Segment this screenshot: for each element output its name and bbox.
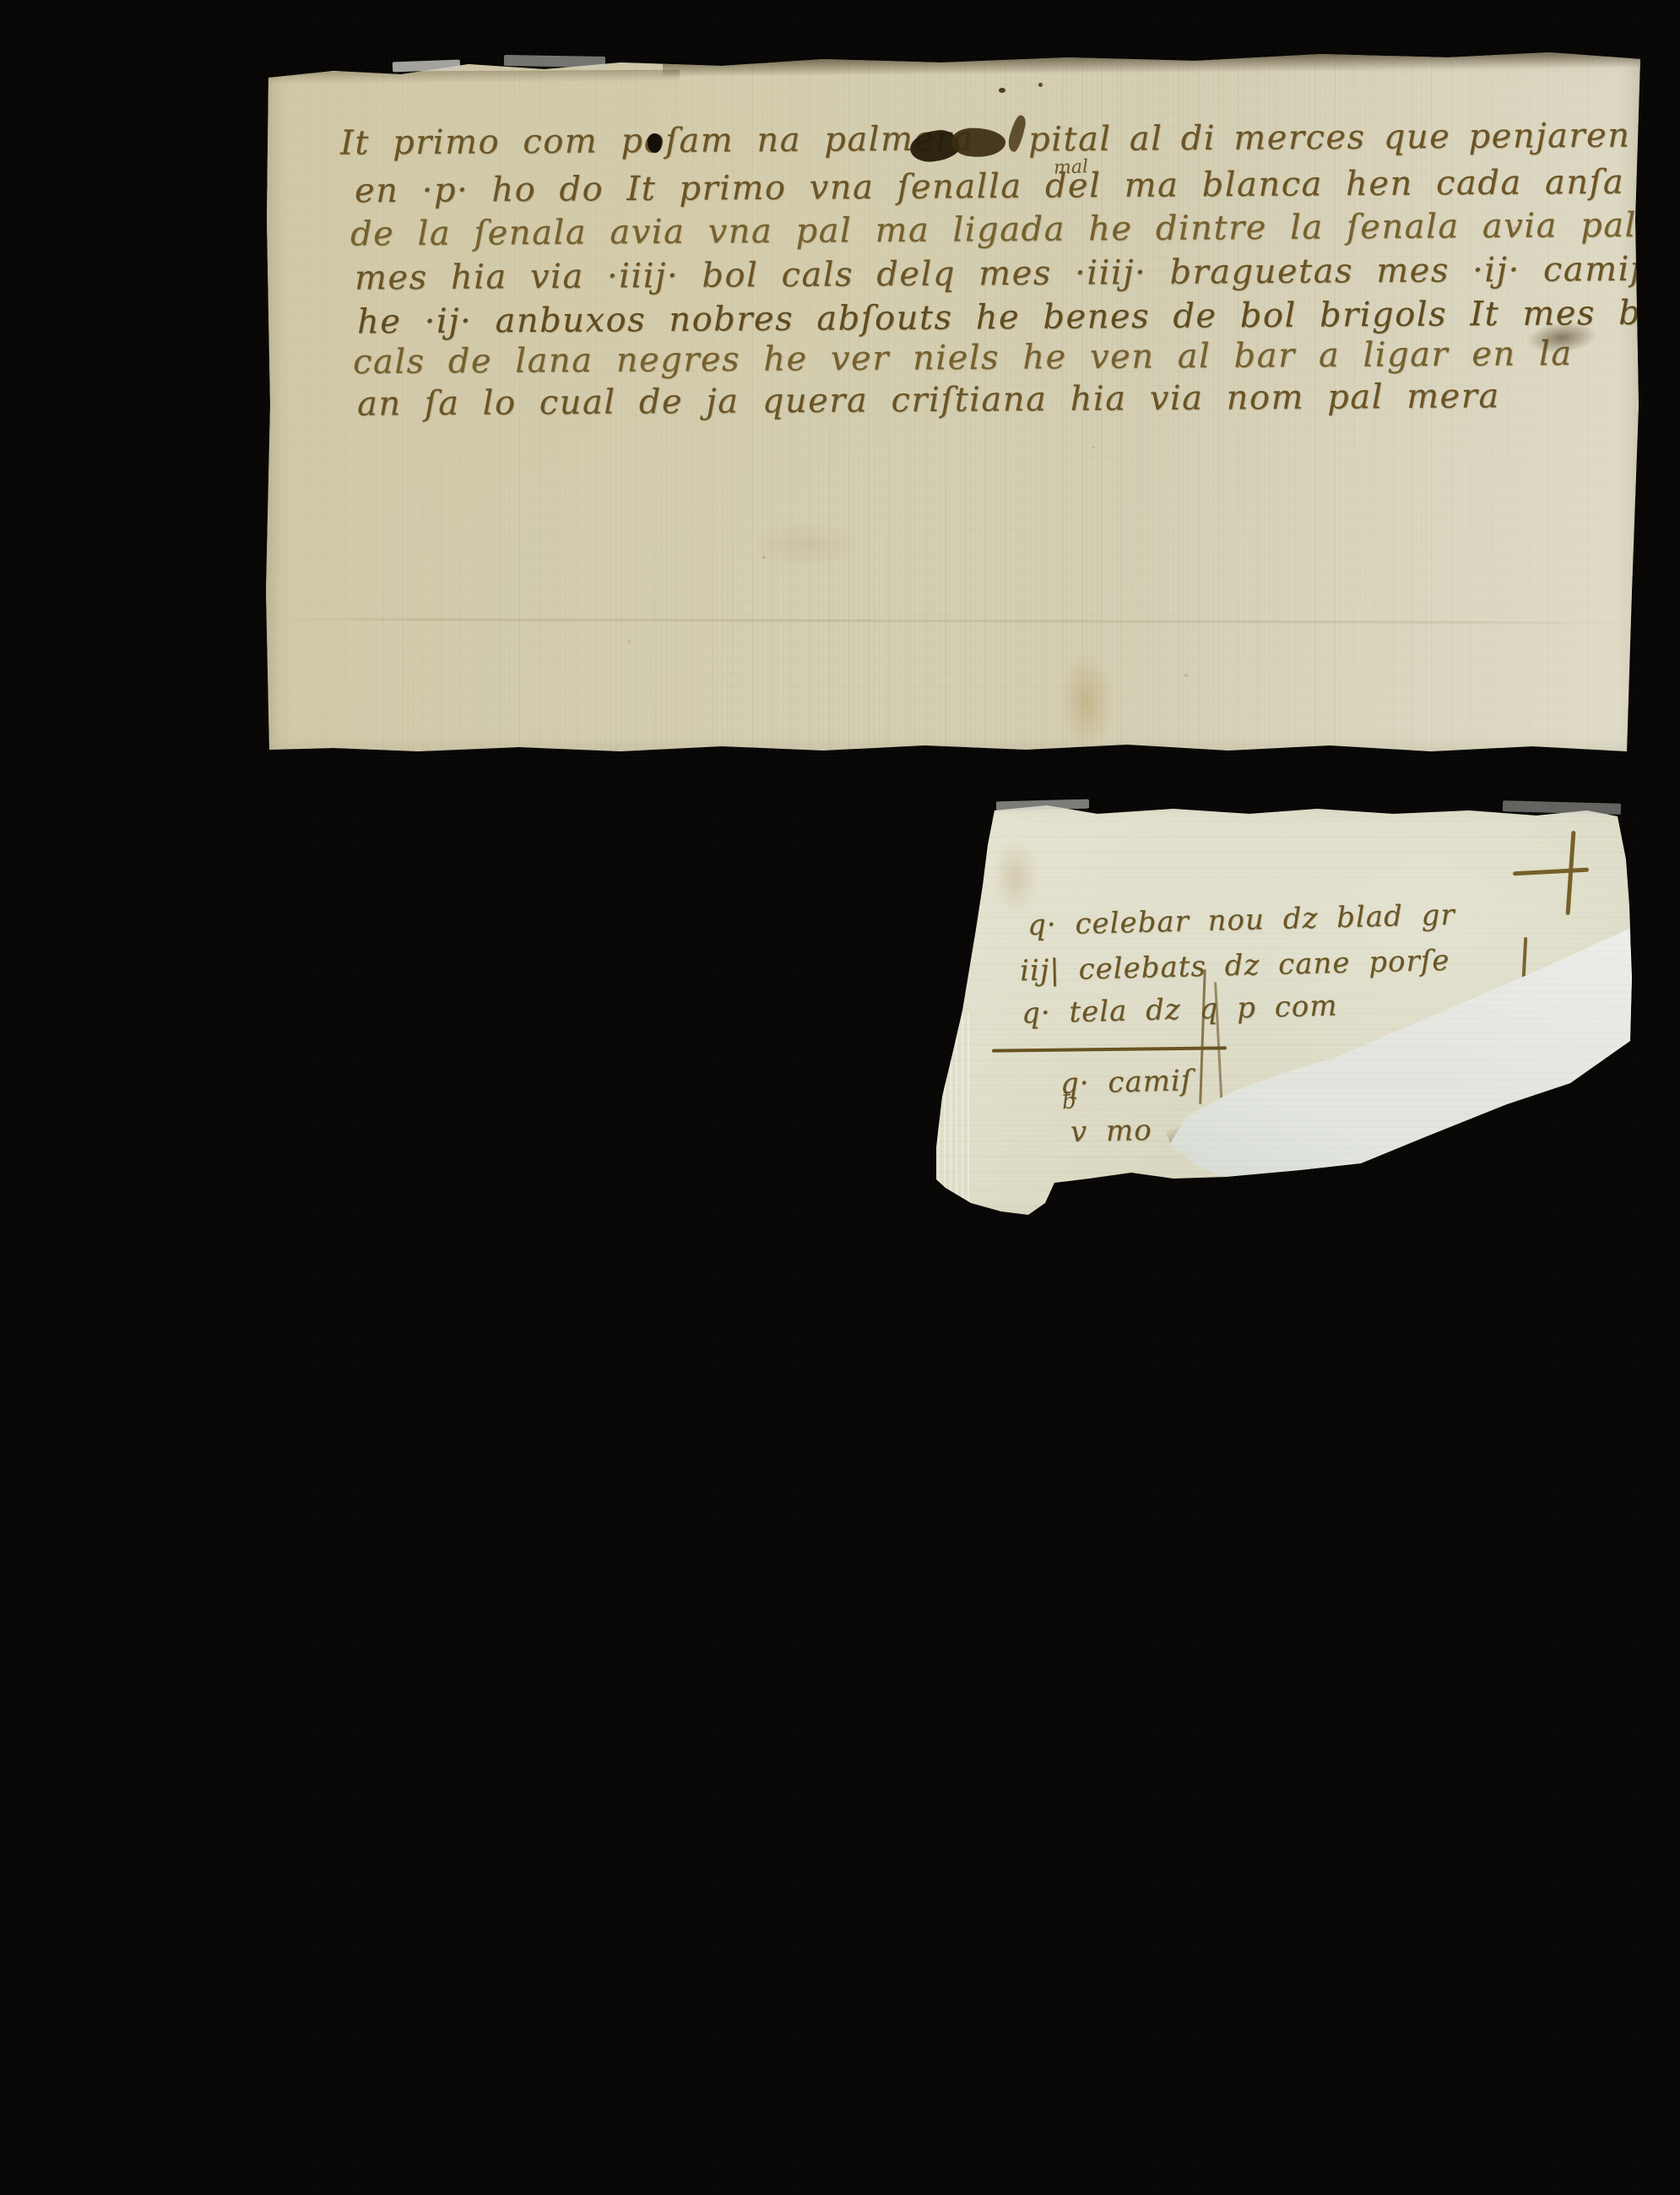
cross-mark (1566, 831, 1576, 915)
ink-speck (1038, 83, 1043, 87)
manuscript-line: pital al di merces que penjaren (1028, 117, 1631, 160)
fragment-line: v mo (1070, 1114, 1153, 1149)
torn-left-edge (932, 1011, 973, 1214)
fragment-sheet: q· celebar nou dz blad gr iij| celebats … (920, 800, 1646, 1222)
manuscript-line: en ·p· ho do It primo vna ſenalla del ma… (355, 163, 1624, 211)
manuscript-sheet-paper: It primo com poſam na palmera pital al d… (266, 51, 1642, 760)
horizontal-crease-line (266, 618, 1642, 624)
paper-remnant (996, 799, 1089, 811)
fragment-line: q· tela dz q p com (1022, 989, 1338, 1030)
paper-remnant (504, 55, 605, 68)
manuscript-sheet: It primo com poſam na palmera pital al d… (266, 51, 1642, 760)
manuscript-line: de la ſenala avia vna pal ma ligada he d… (350, 206, 1671, 254)
ink-flourish (1006, 114, 1027, 153)
fragment-paper: q· celebar nou dz blad gr iij| celebats … (920, 800, 1646, 1222)
manuscript-line: cals de lana negres he ver niels he ven … (353, 334, 1573, 382)
cross-mark (1513, 868, 1589, 876)
ink-speck (999, 88, 1005, 93)
fragment-line: iij| celebats dz cane porſe (1020, 944, 1450, 988)
torn-bottom-edge (266, 750, 1642, 758)
manuscript-line: an ſa lo cual de ja quera criſtiana hia … (357, 377, 1500, 423)
manuscript-line: mes hia via ·iiij· bol cals delq mes ·ii… (355, 250, 1680, 298)
fragment-note: ƀ (1061, 1089, 1076, 1115)
descender-stroke (1199, 969, 1206, 1104)
ink-smudge (1525, 319, 1598, 357)
top-edge-shadow (663, 49, 1642, 77)
fragment-line: q· camiſ (1060, 1064, 1193, 1101)
fragment-line: q· celebar nou dz blad gr (1027, 898, 1456, 942)
ink-dot (648, 133, 662, 153)
account-rule-line (992, 1046, 1227, 1052)
top-edge-shadow (266, 70, 680, 84)
archive-photo-background: It primo com poſam na palmera pital al d… (0, 0, 1680, 2195)
paper-remnant (1503, 800, 1621, 815)
